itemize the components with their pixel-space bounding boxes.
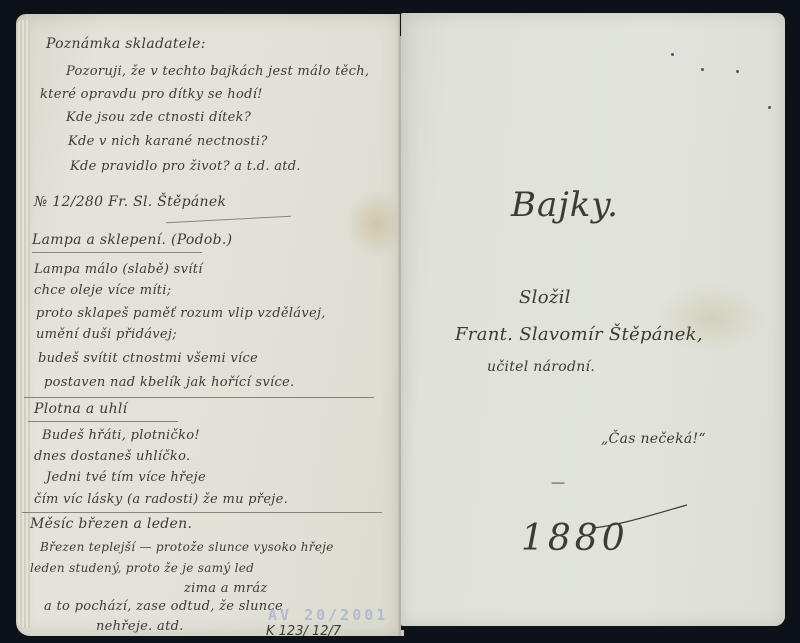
note-line: Kde v nich karané nectnosti? [68,134,268,149]
fable-line: umění duši přidávej; [36,327,177,342]
author-name: Frant. Slavomír Štěpánek, [455,324,703,345]
title-underline [28,421,178,422]
note-line: Kde jsou zde ctnosti dítek? [66,110,251,125]
fable-line: Budeš hřáti, plotničko! [42,428,200,443]
fable-line: postaven nad kbelík jak hořící svíce. [44,375,294,390]
manuscript-scan: Poznámka skladatele: Pozoruji, že v tech… [0,0,800,643]
fable-title-plotna: Plotna a uhlí [34,401,127,417]
dash: — [551,475,565,491]
fable-line: dnes dostaneš uhlíčko. [34,449,190,464]
author-role: učitel národní. [487,359,595,375]
catalog-line: № 12/280 Fr. Sl. Štěpánek [34,194,226,210]
section-divider [22,512,382,513]
fable-line: čím víc lásky (a radosti) že mu přeje. [34,492,288,507]
foxing-spot [736,70,739,73]
stain [346,189,406,259]
composed-by-label: Složil [519,287,571,308]
foxing-spot [701,68,704,71]
fable-line: chce oleje více míti; [34,283,171,298]
note-line: Pozoruji, že v techto bajkách jest málo … [66,64,369,79]
fable-line: nehřeje. atd. [96,619,184,634]
page-edge-stack [16,20,30,628]
archive-stamp: AV 20/2001 [268,606,388,624]
signature-underline [166,216,291,224]
note-line: Kde pravidlo pro život? a t.d. atd. [70,159,301,174]
title-underline [32,252,202,253]
fable-line: Lampa málo (slabě) svítí [34,262,203,277]
fable-line: leden studený, proto že je samý led [30,561,254,575]
note-line: které opravdu pro dítky se hodí! [40,87,263,102]
foxing-spot [768,106,771,109]
shelfmark: K 123/ 12/7 [266,624,341,639]
book-title: Bajky. [511,185,619,225]
motto: „Čas nečeká!“ [601,431,706,447]
fable-line: Březen teplejší — protože slunce vysoko … [40,540,334,554]
year-flourish [591,503,691,533]
fable-line: a to pochází, zase odtud, že slunce [44,599,283,614]
fable-line: budeš svítit ctnostmi všemi více [38,351,258,366]
right-page: Bajky. Složil Frant. Slavomír Štěpánek, … [401,13,785,626]
fable-title-lampa: Lampa a sklepení. (Podob.) [32,232,232,248]
left-page: Poznámka skladatele: Pozoruji, že v tech… [16,14,400,636]
fable-title-mesic: Měsíc březen a leden. [30,516,192,532]
note-heading: Poznámka skladatele: [46,36,206,52]
fable-line: proto sklapeš paměť rozum vlip vzdělávej… [36,306,326,321]
fable-line: Jedni tvé tím více hřeje [46,470,206,485]
section-divider [24,397,374,398]
foxing-spot [671,53,674,56]
fable-line: zima a mráz [184,581,268,596]
